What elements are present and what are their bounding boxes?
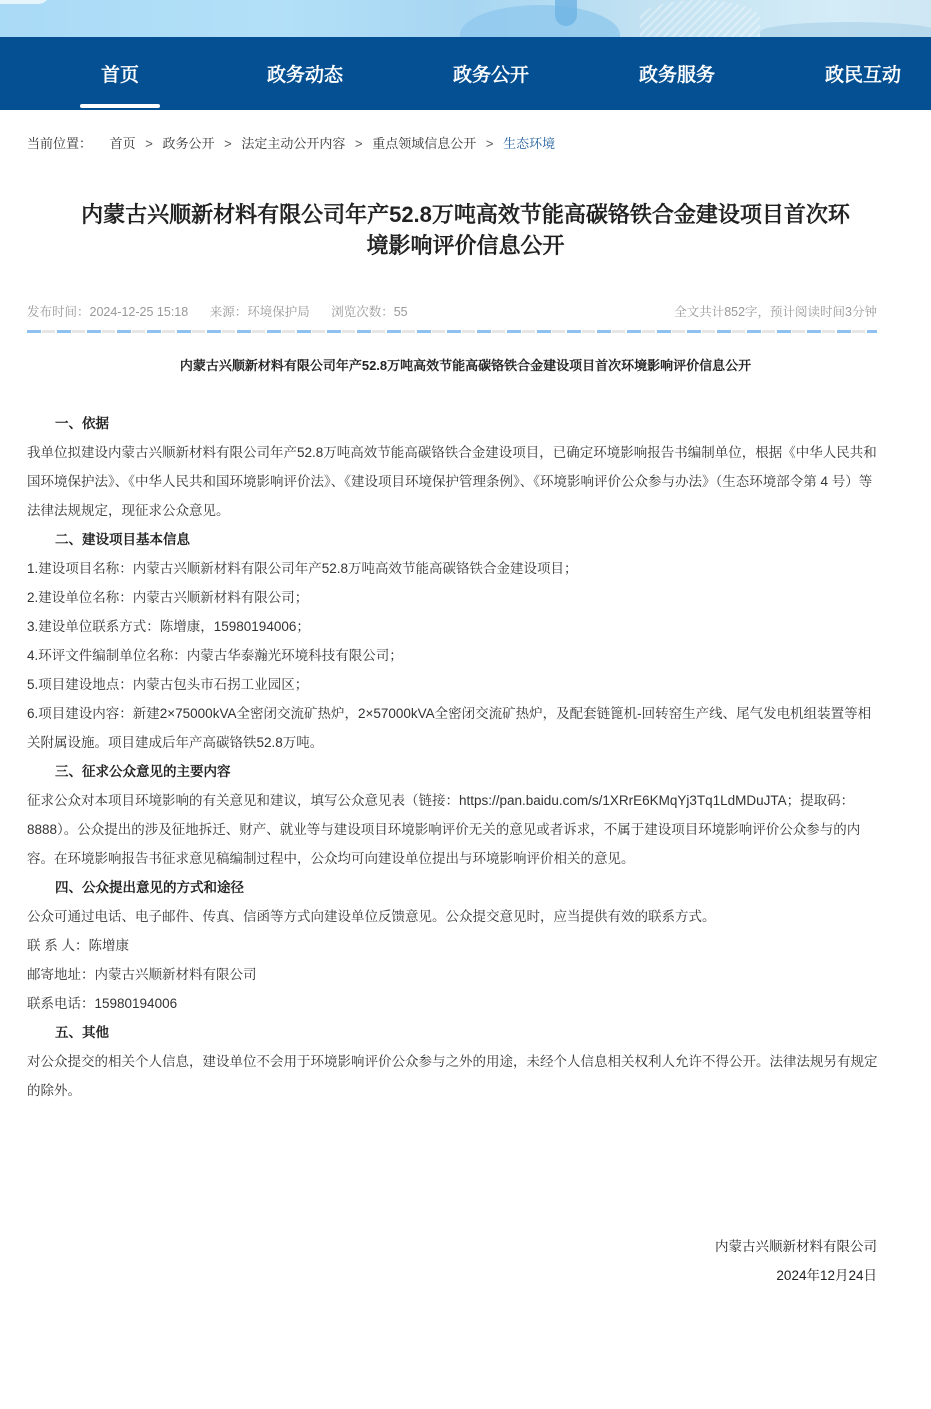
main-nav: 首页 政务动态 政务公开 政务服务 政民互动 — [0, 37, 931, 110]
section-heading: 四、公众提出意见的方式和途径 — [27, 873, 883, 902]
signature-organization: 内蒙古兴顺新材料有限公司 — [0, 1235, 877, 1255]
nav-item-government-disclosure[interactable]: 政务公开 — [441, 37, 541, 110]
contact-person: 联 系 人：陈增康 — [27, 931, 883, 960]
paragraph: 5.项目建设地点：内蒙古包头市石拐工业园区； — [27, 670, 883, 699]
page-title-line1: 内蒙古兴顺新材料有限公司年产52.8万吨高效节能高碳铬铁合金建设项目首次环 — [20, 199, 911, 230]
banner-decoration — [760, 22, 931, 37]
breadcrumb-home[interactable]: 首页 — [110, 136, 136, 151]
section-heading: 一、依据 — [27, 409, 883, 438]
reading-info: 全文共计852字，预计阅读时间3分钟 — [674, 302, 877, 320]
paragraph: 1.建设项目名称：内蒙古兴顺新材料有限公司年产52.8万吨高效节能高碳铬铁合金建… — [27, 554, 883, 583]
breadcrumb-key-areas[interactable]: 重点领域信息公开 — [372, 136, 476, 151]
view-count: 浏览次数：55 — [331, 305, 407, 319]
nav-item-government-news[interactable]: 政务动态 — [255, 37, 355, 110]
publish-time: 发布时间：2024-12-25 15:18 — [27, 305, 188, 319]
section-heading: 三、征求公众意见的主要内容 — [27, 757, 883, 786]
banner-decoration — [460, 5, 620, 37]
page-title-line2: 境影响评价信息公开 — [20, 230, 911, 261]
article-body: 一、依据 我单位拟建设内蒙古兴顺新材料有限公司年产52.8万吨高效节能高碳铬铁合… — [27, 409, 883, 1105]
nav-item-government-services[interactable]: 政务服务 — [627, 37, 727, 110]
dashed-divider — [27, 330, 877, 333]
paragraph: 4.环评文件编制单位名称：内蒙古华泰瀚光环境科技有限公司； — [27, 641, 883, 670]
breadcrumb-separator: > — [355, 136, 363, 151]
signature-date: 2024年12月24日 — [0, 1264, 877, 1284]
breadcrumb-statutory-content[interactable]: 法定主动公开内容 — [241, 136, 345, 151]
paragraph: 6.项目建设内容：新建2×75000kVA全密闭交流矿热炉，2×57000kVA… — [27, 699, 883, 757]
paragraph: 公众可通过电话、电子邮件、传真、信函等方式向建设单位反馈意见。公众提交意见时，应… — [27, 902, 883, 931]
paragraph: 3.建设单位联系方式：陈增康，15980194006； — [27, 612, 883, 641]
section-heading: 五、其他 — [27, 1018, 883, 1047]
paragraph: 征求公众对本项目环境影响的有关意见和建议，填写公众意见表（链接：https://… — [27, 786, 883, 873]
banner-decoration — [0, 0, 50, 4]
article-subtitle: 内蒙古兴顺新材料有限公司年产52.8万吨高效节能高碳铬铁合金建设项目首次环境影响… — [0, 355, 931, 374]
paragraph: 2.建设单位名称：内蒙古兴顺新材料有限公司； — [27, 583, 883, 612]
banner-decoration — [640, 0, 760, 37]
article-meta: 发布时间：2024-12-25 15:18 来源：环境保护局 浏览次数：55 全… — [27, 302, 877, 320]
breadcrumb-separator: > — [486, 136, 494, 151]
breadcrumb-label: 当前位置： — [27, 136, 92, 151]
nav-item-public-interaction[interactable]: 政民互动 — [813, 37, 913, 110]
breadcrumb-separator: > — [224, 136, 232, 151]
banner-decoration — [555, 0, 577, 26]
breadcrumb-ecology-environment[interactable]: 生态环境 — [503, 136, 555, 151]
header-banner — [0, 0, 931, 37]
breadcrumb-government-disclosure[interactable]: 政务公开 — [163, 136, 215, 151]
paragraph: 我单位拟建设内蒙古兴顺新材料有限公司年产52.8万吨高效节能高碳铬铁合金建设项目… — [27, 438, 883, 525]
section-heading: 二、建设项目基本信息 — [27, 525, 883, 554]
contact-phone: 联系电话：15980194006 — [27, 989, 883, 1018]
nav-item-home[interactable]: 首页 — [80, 37, 160, 110]
breadcrumb-separator: > — [145, 136, 153, 151]
source: 来源：环境保护局 — [210, 305, 310, 319]
paragraph: 对公众提交的相关个人信息，建设单位不会用于环境影响评价公众参与之外的用途，未经个… — [27, 1047, 883, 1105]
page-title: 内蒙古兴顺新材料有限公司年产52.8万吨高效节能高碳铬铁合金建设项目首次环 境影… — [20, 199, 911, 261]
breadcrumb: 当前位置： 首页 > 政务公开 > 法定主动公开内容 > 重点领域信息公开 > … — [27, 133, 555, 152]
mailing-address: 邮寄地址：内蒙古兴顺新材料有限公司 — [27, 960, 883, 989]
